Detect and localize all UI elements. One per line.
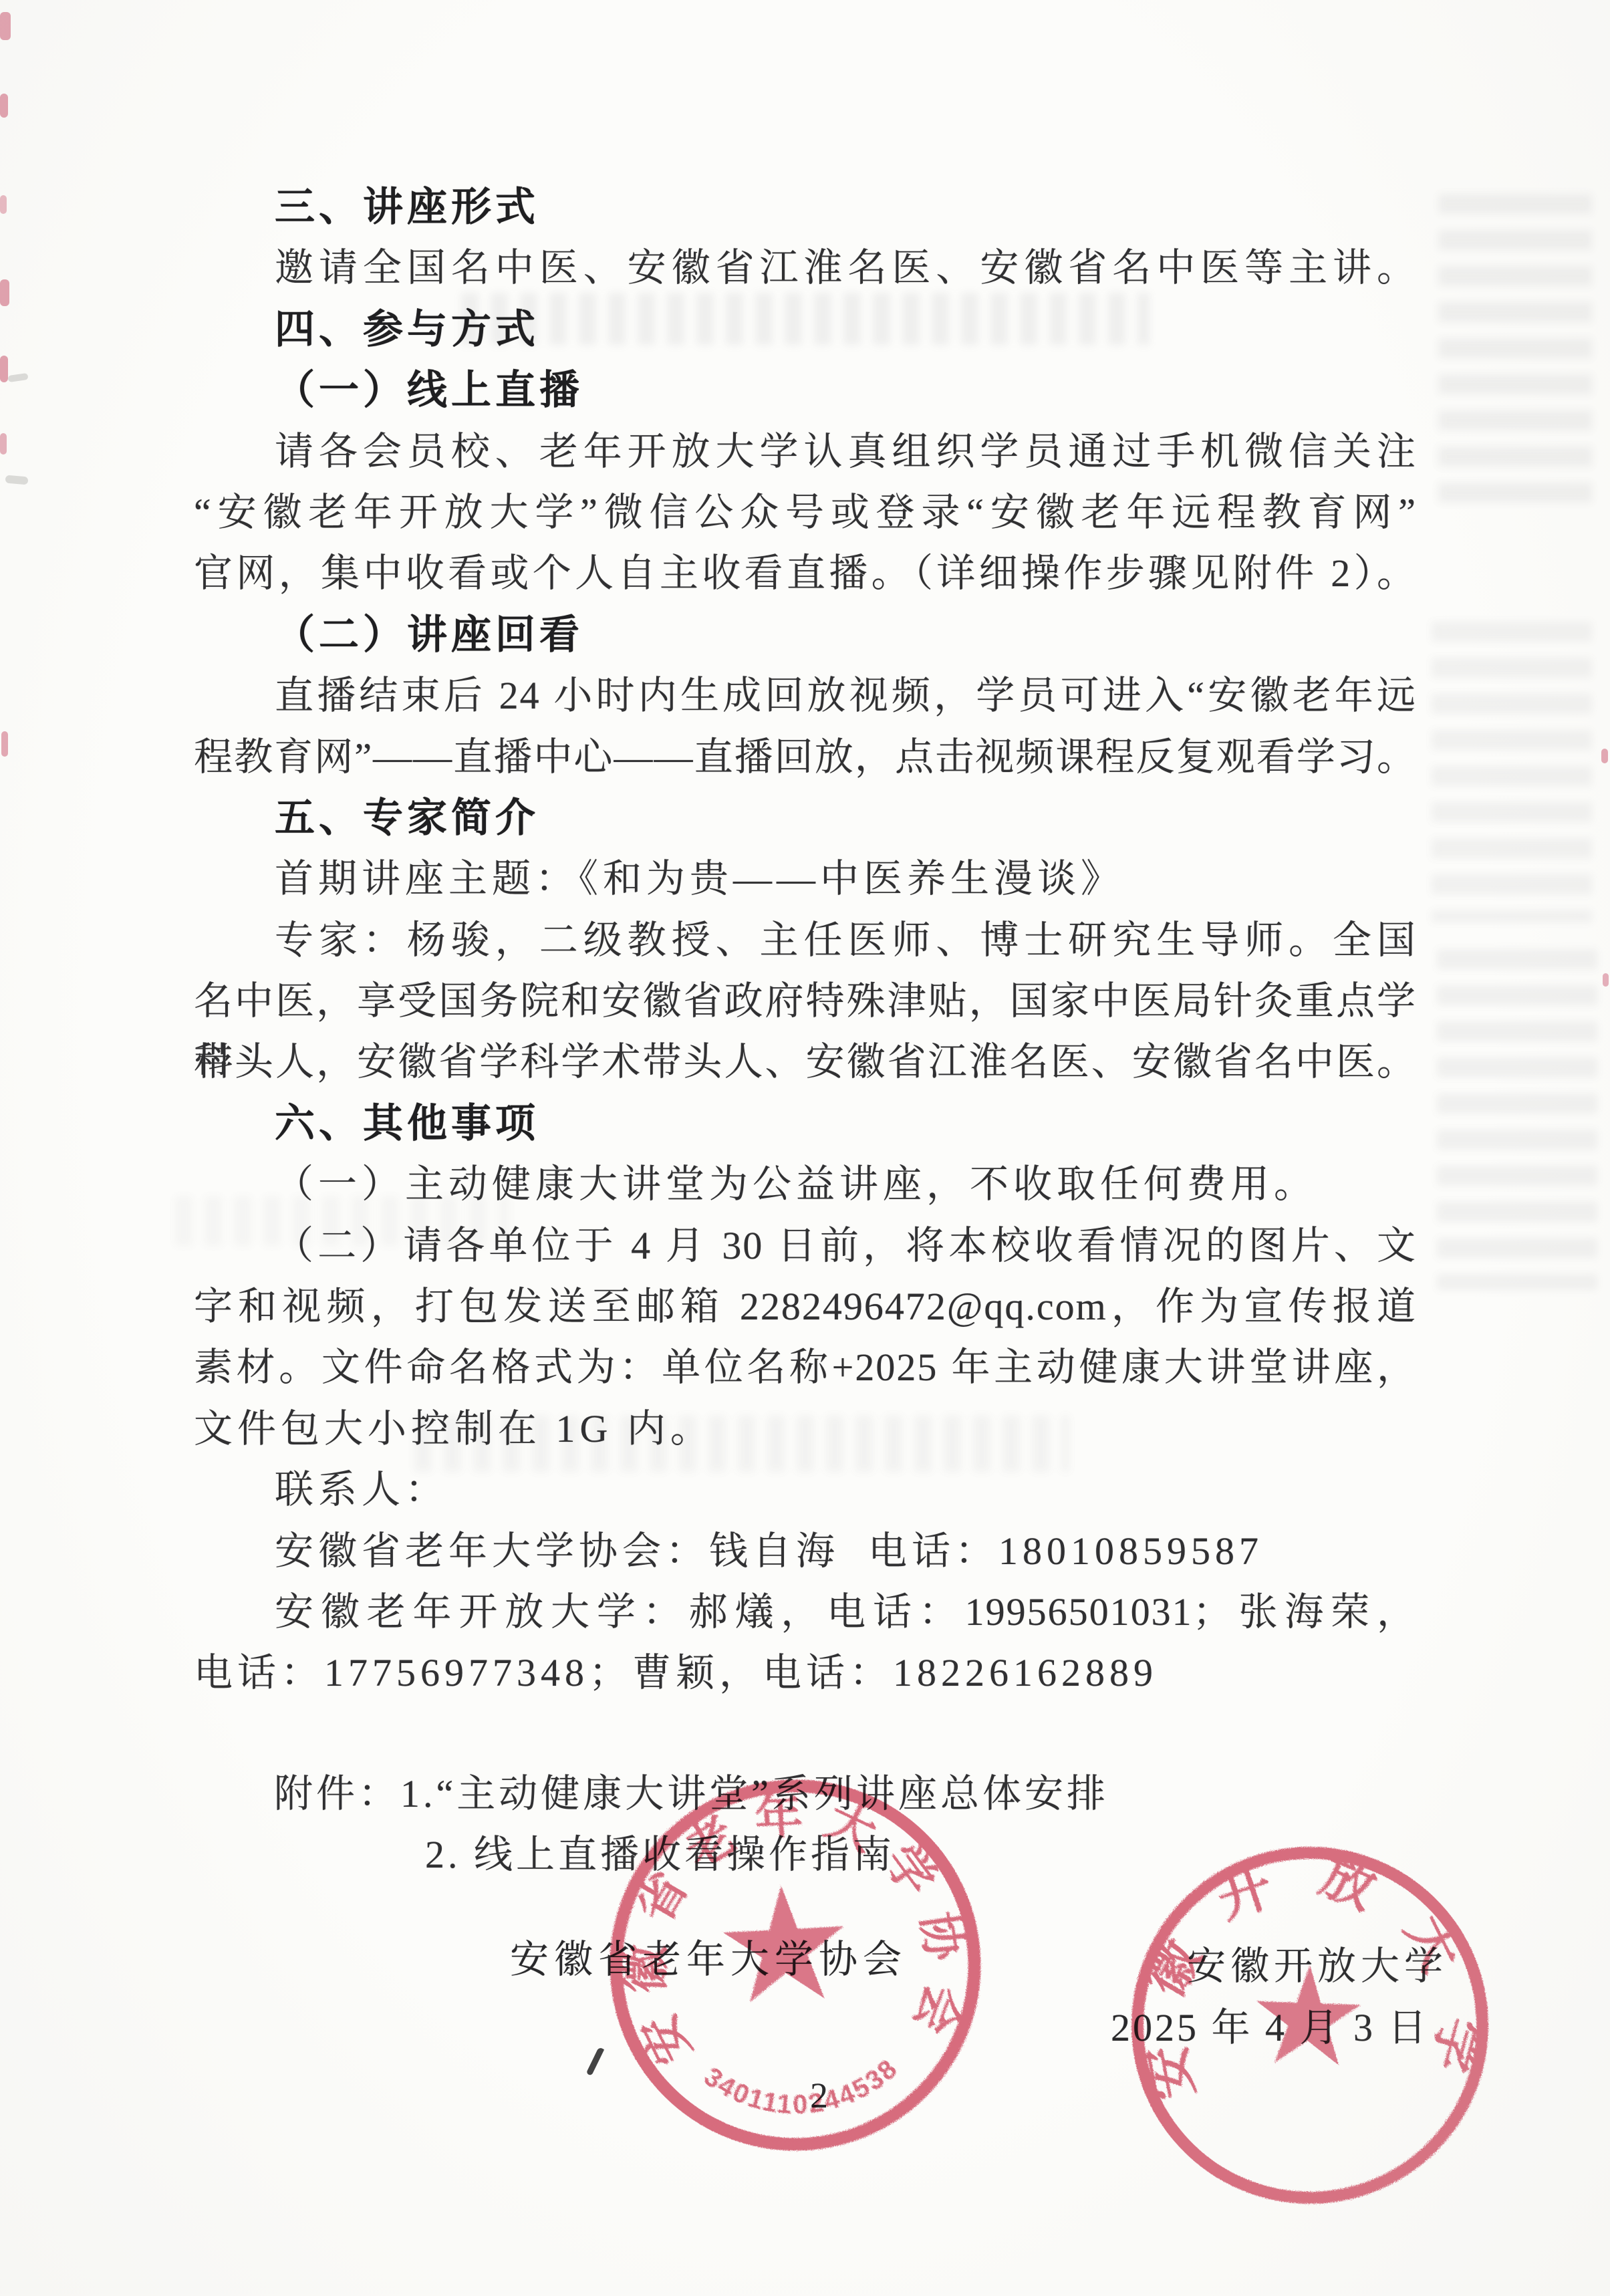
red-edge-mark [0,433,7,455]
text-line: 直播结束后 24 小时内生成回放视频，学员可进入“安徽老年远 [194,665,1417,726]
text-line: 六、其他事项 [194,1093,1417,1154]
document-page: 三、讲座形式邀请全国名中医、安徽省江淮名医、安徽省名中医等主讲。四、参与方式（一… [0,0,1610,2296]
scan-artifact [7,373,28,382]
text-line: 官网，集中收看或个人自主收看直播。（详细操作步骤见附件 2）。 [194,543,1417,604]
text-line: 三、讲座形式 [194,176,1417,237]
text-line: 程教育网”——直播中心——直播回放，点击视频课程反复观看学习。 [194,727,1417,787]
text-line: 字和视频，打包发送至邮箱 2282496472@qq.com，作为宣传报道 [194,1276,1417,1337]
red-edge-mark [0,279,9,306]
bleedthrough-smudge [1432,622,1592,922]
red-edge-mark [1,731,8,757]
text-line: （二）请各单位于 4 月 30 日前，将本校收看情况的图片、文 [194,1215,1417,1276]
text-line: 四、参与方式 [194,299,1417,360]
bleedthrough-smudge [1437,949,1597,1290]
text-line: 联系人： [194,1459,1417,1520]
official-seal-right: 安徽开放大学 [1103,1818,1518,2233]
svg-text:3401110244538: 3401110244538 [698,2052,906,2125]
text-line: 邀请全国名中医、安徽省江淮名医、安徽省名中医等主讲。 [194,237,1417,298]
seal-serial-number: 3401110244538 [698,2052,906,2125]
text-line: 首期讲座主题：《和为贵——中医养生漫谈》 [194,848,1417,909]
text-line: 名中医，享受国务院和安徽省政府特殊津贴，国家中医局针灸重点学科 [194,971,1417,1031]
text-line: 专家：杨骏，二级教授、主任医师、博士研究生导师。全国 [194,910,1417,971]
text-line: （一）线上直播 [194,360,1417,420]
star-icon [1254,1963,1362,2066]
scan-artifact [5,475,29,485]
text-line: 素材。文件命名格式为：单位名称+2025 年主动健康大讲堂讲座， [194,1337,1417,1398]
red-edge-mark [0,195,7,214]
text-line: 五、专家简介 [194,787,1417,848]
text-line: 文件包大小控制在 1G 内。 [194,1398,1417,1459]
red-edge-mark [0,12,11,40]
text-line: （二）讲座回看 [194,604,1417,665]
official-seal-left: 安徽省老年大学协会 3401110244538 [585,1755,1007,2176]
text-line: 安徽老年开放大学：郝燨，电话：19956501031；张海荣， [194,1581,1417,1642]
bleedthrough-smudge [1438,194,1592,508]
text-line: 电话：17756977348；曹颖，电话：18226162889 [194,1642,1417,1703]
red-edge-mark [1603,973,1609,987]
text-line: （一）主动健康大讲堂为公益讲座，不收取任何费用。 [194,1154,1417,1215]
red-edge-mark [0,94,8,118]
text-line: 安徽省老年大学协会：钱自海 电话：18010859587 [194,1521,1417,1581]
red-edge-mark [1601,749,1608,763]
document-body: 三、讲座形式邀请全国名中医、安徽省江淮名医、安徽省名中医等主讲。四、参与方式（一… [194,176,1417,1704]
text-line: “安徽老年开放大学”微信公众号或登录“安徽老年远程教育网” [194,482,1417,543]
red-edge-mark [0,356,8,382]
text-line: 带头人，安徽省学科学术带头人、安徽省江淮名医、安徽省名中医。 [194,1031,1417,1092]
text-line: 请各会员校、老年开放大学认真组织学员通过手机微信关注 [194,421,1417,482]
star-icon [720,1882,847,2003]
